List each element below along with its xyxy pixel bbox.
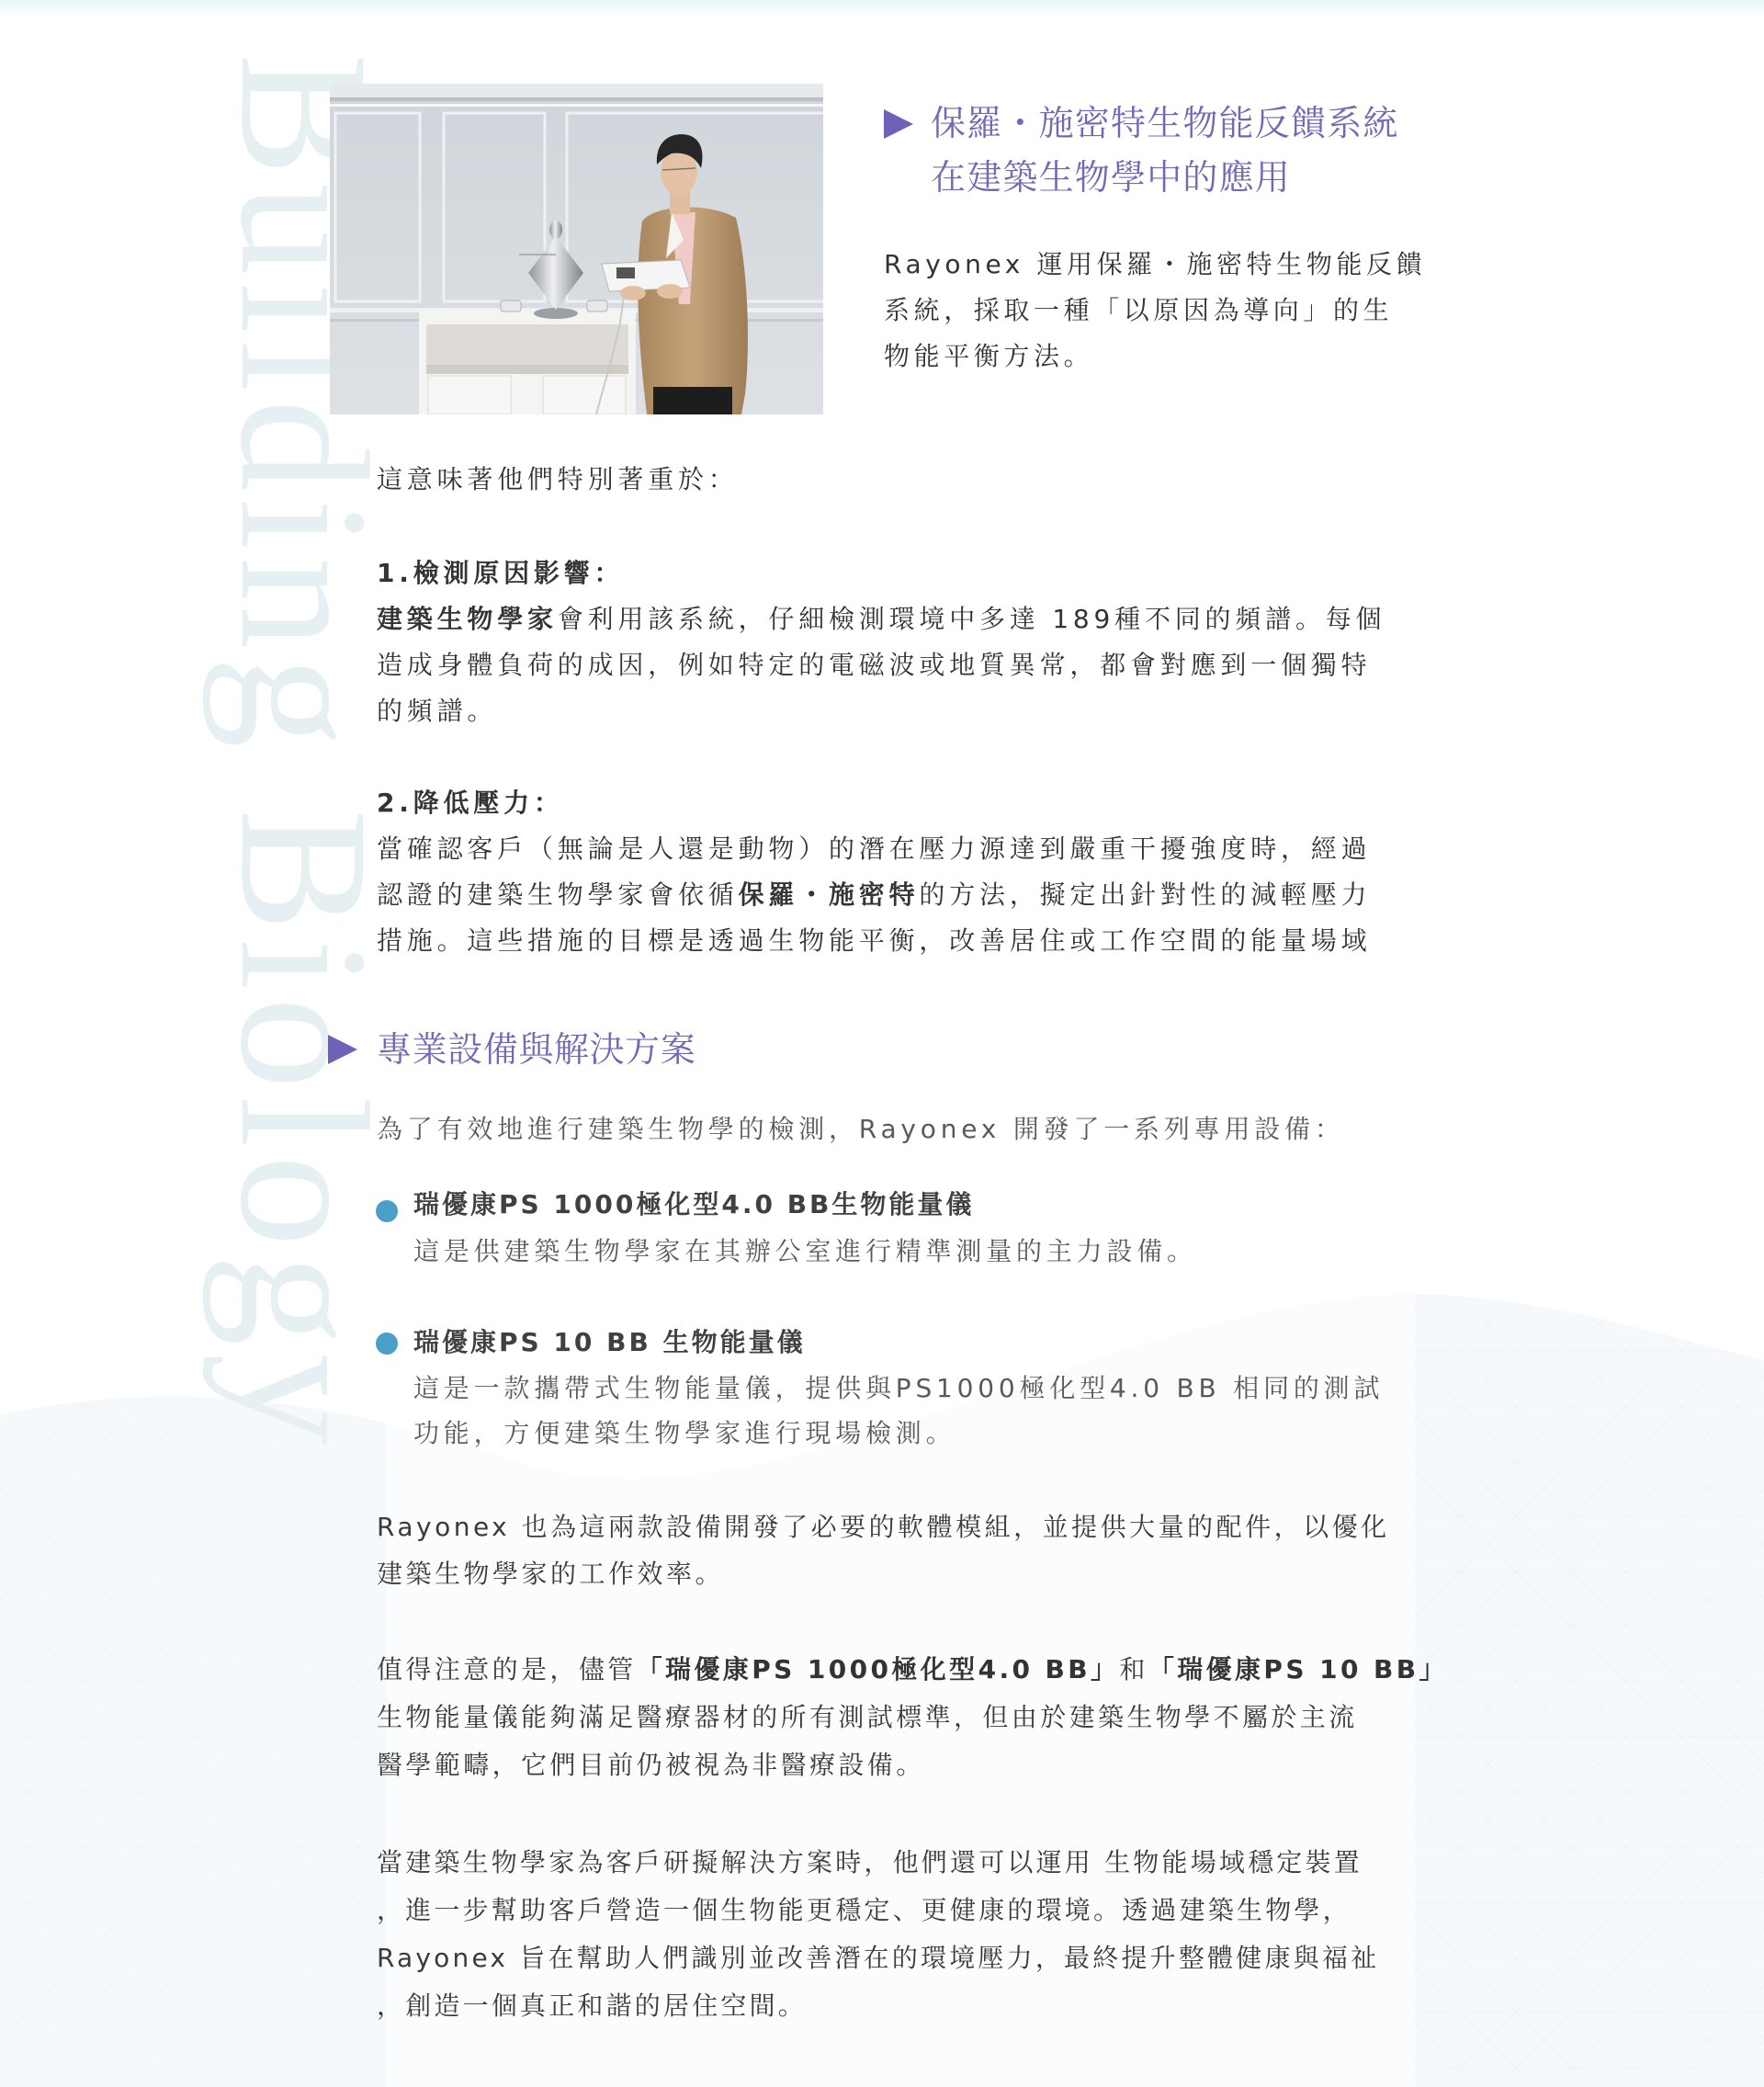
note-paragraph: 值得注意的是，儘管「瑞優康PS 1000極化型4.0 BB」和「瑞優康PS 10… [377, 1646, 1448, 1789]
photo-illustration [330, 84, 823, 414]
closing-paragraph: 當建築生物學家為客戶研擬解決方案時，他們還可以運用 生物能場域穩定裝置 ，進一步… [377, 1839, 1379, 2030]
paragraph-line: 認證的建築生物學家會依循保羅・施密特的方法，擬定出針對性的減輕壓力 [377, 872, 1371, 918]
heading-triangle-icon [884, 109, 913, 139]
paragraph-line: 物能平衡方法。 [884, 334, 1426, 380]
paragraph-line: 當建築生物學家為客戶研擬解決方案時，他們還可以運用 生物能場域穩定裝置 [377, 1839, 1379, 1887]
paragraph-line: 這是一款攜帶式生物能量儀，提供與PS1000極化型4.0 BB 相同的測試 [413, 1366, 1384, 1411]
equipment-heading: 專業設備與解決方案 [377, 1026, 695, 1072]
bold-term: 「瑞優康PS 1000極化型4.0 BB」 [637, 1654, 1120, 1684]
bold-term: 保羅・施密特 [739, 879, 920, 910]
paragraph-line: 值得注意的是，儘管「瑞優康PS 1000極化型4.0 BB」和「瑞優康PS 10… [377, 1646, 1448, 1694]
paragraph-line: 功能，方便建築生物學家進行現場檢測。 [413, 1411, 1384, 1456]
bold-term: 「瑞優康PS 10 BB」 [1148, 1654, 1448, 1684]
paragraph-line: 醫學範疇，它們目前仍被視為非醫療設備。 [377, 1741, 1448, 1789]
paragraph-line: 的頻譜。 [377, 688, 1385, 734]
focus-item-title: 1.檢測原因影響： [377, 550, 1385, 596]
intro-heading-line: 保羅・施密特生物能反饋系統 [931, 96, 1399, 151]
text-segment: 會利用該系統，仔細檢測環境中多達 189種不同的頻譜。每個 [558, 604, 1386, 634]
text-segment: 和 [1119, 1654, 1148, 1684]
paragraph-line: 建築生物學家會利用該系統，仔細檢測環境中多達 189種不同的頻譜。每個 [377, 596, 1385, 642]
bold-term: 建築生物學家 [377, 604, 558, 634]
intro-heading-line: 在建築生物學中的應用 [931, 151, 1399, 205]
device-description: 這是供建築生物學家在其辦公室進行精準測量的主力設備。 [413, 1229, 1197, 1275]
paragraph-line: 生物能量儀能夠滿足醫療器材的所有測試標準，但由於建築生物學不屬於主流 [377, 1694, 1448, 1741]
building-biologist-photo [330, 84, 823, 414]
focus-item-detect-causes: 1.檢測原因影響： 建築生物學家會利用該系統，仔細檢測環境中多達 189種不同的… [377, 550, 1385, 734]
paragraph-line: 系統，採取一種「以原因為導向」的生 [884, 288, 1426, 334]
paragraph-line: 建築生物學家的工作效率。 [377, 1550, 1390, 1597]
paragraph-line: Rayonex 運用保羅・施密特生物能反饋 [884, 242, 1426, 288]
focus-item-reduce-stress: 2.降低壓力： 當確認客戶（無論是人還是動物）的潛在壓力源達到嚴重干擾強度時，經… [377, 780, 1371, 964]
paragraph-line: 造成身體負荷的成因，例如特定的電磁波或地質異常，都會對應到一個獨特 [377, 642, 1385, 688]
text-segment: 的方法，擬定出針對性的減輕壓力 [919, 879, 1371, 910]
focus-lead: 這意味著他們特別著重於： [377, 457, 739, 503]
focus-item-title: 2.降低壓力： [377, 780, 1371, 826]
text-segment: 值得注意的是，儘管 [377, 1654, 637, 1684]
bullet-dot-icon [376, 1200, 398, 1222]
paragraph-line: Rayonex 也為這兩款設備開發了必要的軟體模組，並提供大量的配件，以優化 [377, 1503, 1390, 1550]
paragraph-line: 當確認客戶（無論是人還是動物）的潛在壓力源達到嚴重干擾強度時，經過 [377, 826, 1371, 872]
intro-heading: 保羅・施密特生物能反饋系統 在建築生物學中的應用 [931, 96, 1399, 205]
device-description: 這是一款攜帶式生物能量儀，提供與PS1000極化型4.0 BB 相同的測試 功能… [413, 1366, 1384, 1456]
software-paragraph: Rayonex 也為這兩款設備開發了必要的軟體模組，並提供大量的配件，以優化 建… [377, 1503, 1390, 1597]
paragraph-line: 措施。這些措施的目標是透過生物能平衡，改善居住或工作空間的能量場域 [377, 918, 1371, 964]
paragraph-line: ，創造一個真正和諧的居住空間。 [377, 1982, 1379, 2030]
equipment-intro: 為了有效地進行建築生物學的檢測，Rayonex 開發了一系列專用設備： [377, 1106, 1345, 1152]
device-name: 瑞優康PS 10 BB 生物能量儀 [413, 1320, 806, 1366]
text-segment: 認證的建築生物學家會依循 [377, 879, 739, 910]
paragraph-line: 這是供建築生物學家在其辦公室進行精準測量的主力設備。 [413, 1229, 1197, 1275]
heading-triangle-icon [328, 1035, 357, 1064]
paragraph-line: ，進一步幫助客戶營造一個生物能更穩定、更健康的環境。透過建築生物學， [377, 1887, 1379, 1934]
intro-paragraph: Rayonex 運用保羅・施密特生物能反饋 系統，採取一種「以原因為導向」的生 … [884, 242, 1426, 380]
paragraph-line: Rayonex 旨在幫助人們識別並改善潛在的環境壓力，最終提升整體健康與福祉 [377, 1934, 1379, 1982]
device-name: 瑞優康PS 1000極化型4.0 BB生物能量儀 [413, 1182, 974, 1228]
bullet-dot-icon [376, 1333, 398, 1355]
